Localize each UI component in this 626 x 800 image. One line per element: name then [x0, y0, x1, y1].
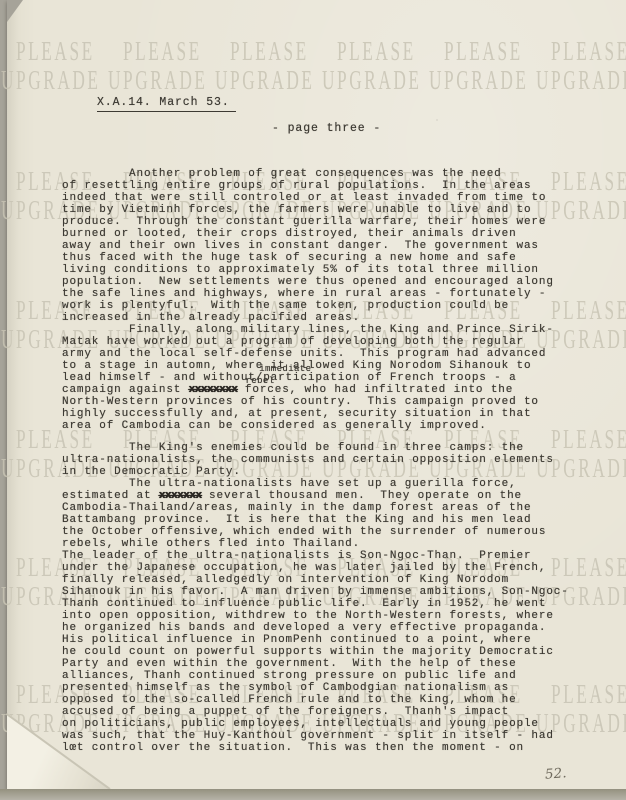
text-line: The ultra-nationalists have set up a gue…	[62, 478, 569, 490]
text-line: lœt control over the situation. This was…	[62, 742, 569, 754]
text-line: Finally, along military lines, the King …	[62, 324, 569, 336]
page-number-label: - page three -	[272, 122, 381, 135]
text-line: was such, that the Huy-Kanthoul governme…	[62, 730, 569, 742]
inserted-word: rebel	[245, 375, 274, 387]
text-line: living conditions to approximately 5% of…	[62, 264, 569, 276]
text-line: highly successfully and, at present, sec…	[62, 408, 569, 420]
text-line-with-strikeout: estimated at xxxxxxx several thousand me…	[62, 490, 569, 502]
text-line: The King's enemies could be found in thr…	[62, 442, 569, 454]
text-line: Another problem of great consequences wa…	[62, 168, 569, 180]
text-line: work is plentyful. With the same token, …	[62, 300, 569, 312]
text-line: burned or looted, their crops distroyed,…	[62, 228, 569, 240]
text-line: Thanh continued to influence public life…	[62, 598, 569, 610]
paragraph-kings-enemies: The King's enemies could be found in thr…	[62, 442, 569, 490]
text-line: population. New settlements were thus op…	[62, 276, 569, 288]
text-line: His political influence in PnomPenh cont…	[62, 634, 569, 646]
text-line: Party and even within the government. Wi…	[62, 658, 569, 670]
struck-out-word: xxxxxxx	[159, 490, 202, 502]
text-line: North-Western provinces of his country. …	[62, 396, 569, 408]
text-line: accused of being a puppet of the foreign…	[62, 706, 569, 718]
scanned-document: PLEASEPLEASEPLEASEPLEASEPLEASEPLEASEUPGR…	[0, 0, 626, 800]
text-line-with-insertion: lead himself - and without/immediatepart…	[62, 372, 569, 384]
text-segment: campaign against	[62, 384, 189, 396]
scanner-bed-bottom	[0, 789, 626, 800]
text-line: Matak have worked out a program of devel…	[62, 336, 569, 348]
text-segment: forces, who had infiltrated into the	[237, 384, 513, 396]
text-line: Cambodia-Thailand/areas, mainly in the d…	[62, 502, 569, 514]
text-line: on politicians, public employees, intell…	[62, 718, 569, 730]
text-line: under the Japanese occupation, he was la…	[62, 562, 569, 574]
text-line: opposed to the so-called French rule and…	[62, 694, 569, 706]
text-line: The leader of the ultra-nationalists is …	[62, 550, 569, 562]
text-line: to a stage in automn, where it allowed K…	[62, 360, 569, 372]
paragraph-ultra-nationalists: Cambodia-Thailand/areas, mainly in the d…	[62, 502, 569, 754]
paragraph-resettlement-end: North-Western provinces of his country. …	[62, 396, 569, 432]
document-reference: X.A.14. March 53.	[97, 96, 236, 112]
text-line: alliances, Thanh continued strong pressu…	[62, 670, 569, 682]
text-segment: estimated at	[62, 490, 159, 502]
text-line: Sihanouk in his favor. A man driven by i…	[62, 586, 569, 598]
text-line: indeed that were still controled or at l…	[62, 192, 569, 204]
text-line: rebels, while others fled into Thailand.	[62, 538, 569, 550]
inserted-word: immediate	[259, 363, 311, 375]
text-line: he organized his bands and developed a v…	[62, 622, 569, 634]
text-line: he could count on powerful supports with…	[62, 646, 569, 658]
text-line: Battambang province. It is here that the…	[62, 514, 569, 526]
paragraph-resettlement: Another problem of great consequences wa…	[62, 168, 569, 372]
text-line: ultra-nationalists, the communists and c…	[62, 454, 569, 466]
text-line-with-strikeout: campaign against xxxxxxxxrebel forces, w…	[62, 384, 569, 396]
text-line: time by Vietminh forces, the farmers wer…	[62, 204, 569, 216]
text-line: presented himself as the symbol of Cambo…	[62, 682, 569, 694]
text-line: into open opposition, withdrew to the No…	[62, 610, 569, 622]
text-line: the October offensive, which ended with …	[62, 526, 569, 538]
text-line: the safe lines and highways, where in ru…	[62, 288, 569, 300]
text-segment: several thousand men. They operate on th…	[202, 490, 522, 502]
text-line: finally released, alledgedly on interven…	[62, 574, 569, 586]
paragraph-gap	[62, 432, 569, 442]
text-line: produce. Through the constant guerilla w…	[62, 216, 569, 228]
text-line: away and their own lives in constant dan…	[62, 240, 569, 252]
text-line: army and the local self-defense units. T…	[62, 348, 569, 360]
text-line: thus faced with the huge task of securin…	[62, 252, 569, 264]
text-segment: lead himself - and without/	[62, 372, 263, 384]
handwritten-page-number: 52.	[544, 765, 567, 782]
text-line: area of Cambodia can be considered as ge…	[62, 420, 569, 432]
text-line: in the Democratic Party.	[62, 466, 569, 478]
document-body: Another problem of great consequences wa…	[62, 168, 569, 754]
text-line: of resettling entire groups of rural pop…	[62, 180, 569, 192]
struck-out-word: xxxxxxxx	[189, 384, 238, 396]
text-line: increased in the already pacified areas.	[62, 312, 569, 324]
